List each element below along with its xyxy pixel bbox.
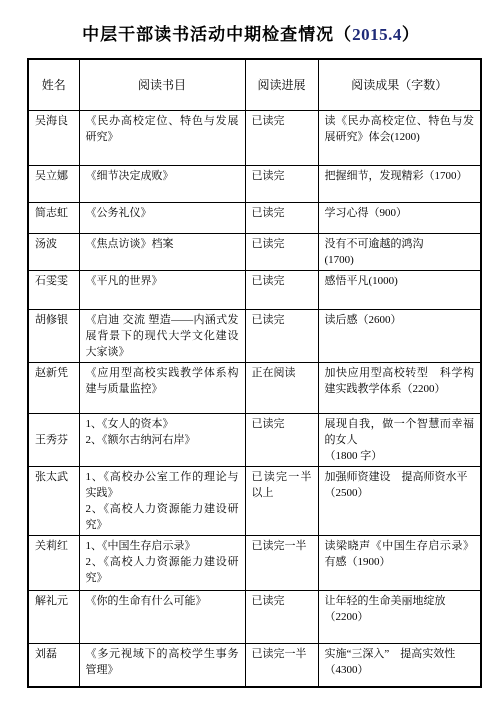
progress-cell: 已读完	[245, 202, 318, 233]
book-cell: 《平凡的世界》	[79, 270, 245, 309]
result-cell: 加快应用型高校转型 科学构建实践教学体系（2200）	[318, 362, 481, 413]
book-cell: 1、《中国生存启示录》 2、《高校人力资源能力建设研究》	[79, 535, 245, 590]
book-cell: 《细节决定成败》	[79, 165, 245, 202]
name-cell: 解礼元	[28, 590, 79, 643]
name-cell: 张太武	[28, 466, 79, 535]
result-cell: 展现自我，做一个智慧而幸福的女人 （1800 字）	[318, 413, 481, 466]
result-cell: 读后感（2600）	[318, 309, 481, 362]
result-cell: 实施“三深入” 提高实效性 （4300）	[318, 643, 481, 687]
result-cell: 加强师资建设 提高师资水平 （2500）	[318, 466, 481, 535]
book-cell: 《民办高校定位、特色与发展研究》	[79, 110, 245, 165]
book-cell: 《公务礼仪》	[79, 202, 245, 233]
progress-cell: 正在阅读	[245, 362, 318, 413]
progress-cell: 已读完	[245, 413, 318, 466]
table-row: 吴立娜 《细节决定成败》 已读完 把握细节，发现精彩（1700）	[28, 165, 481, 202]
name-cell: 刘磊	[28, 643, 79, 687]
table-row: 刘磊 《多元视域下的高校学生事务管理》 已读完一半 实施“三深入” 提高实效性 …	[28, 643, 481, 687]
name-cell: 赵新凭	[28, 362, 79, 413]
page-title: 中层干部读书活动中期检查情况（2015.4）	[0, 20, 502, 45]
name-cell: 胡修银	[28, 309, 79, 362]
book-cell: 《焦点访谈》档案	[79, 233, 245, 270]
book-cell: 《你的生命有什么可能》	[79, 590, 245, 643]
name-cell: 关莉红	[28, 535, 79, 590]
result-cell: 把握细节，发现精彩（1700）	[318, 165, 481, 202]
progress-cell: 已读完	[245, 590, 318, 643]
progress-cell: 已读完	[245, 110, 318, 165]
column-header-result: 阅读成果（字数）	[318, 59, 481, 110]
progress-cell: 已读完	[245, 309, 318, 362]
column-header-progress: 阅读进展	[245, 59, 318, 110]
table-row: 关莉红 1、《中国生存启示录》 2、《高校人力资源能力建设研究》 已读完一半 读…	[28, 535, 481, 590]
book-cell: 1、《女人的资本》 2、《额尔古纳河右岸》	[79, 413, 245, 466]
book-cell: 《应用型高校实践教学体系构建与质量监控》	[79, 362, 245, 413]
table-row: 吴海良 《民办高校定位、特色与发展研究》 已读完 读《民办高校定位、特色与发展研…	[28, 110, 481, 165]
progress-cell: 已读完一半	[245, 643, 318, 687]
table-row: 胡修银 《启迪 交流 塑造——内涵式发展背景下的现代大学文化建设大家谈》 已读完…	[28, 309, 481, 362]
result-cell: 读梁晓声《中国生存启示录》有感（1900）	[318, 535, 481, 590]
header-row: 姓名 阅读书目 阅读进展 阅读成果（字数）	[28, 59, 481, 110]
table-row: 解礼元 《你的生命有什么可能》 已读完 让年轻的生命美丽地绽放 （2200）	[28, 590, 481, 643]
progress-cell: 已读完	[245, 233, 318, 270]
table-row: 简志虹 《公务礼仪》 已读完 学习心得（900）	[28, 202, 481, 233]
progress-cell: 已读完一半	[245, 535, 318, 590]
name-cell: 吴海良	[28, 110, 79, 165]
page-title-year: 2015.4	[352, 25, 402, 44]
name-cell: 汤波	[28, 233, 79, 270]
table-row: 张太武 1、《高校办公室工作的理论与实践》 2、《高校人力资源能力建设研究》 已…	[28, 466, 481, 535]
document-page: 中层干部读书活动中期检查情况（2015.4） 姓名 阅读书目 阅读进展 阅读成果…	[0, 0, 502, 701]
result-cell: 让年轻的生命美丽地绽放 （2200）	[318, 590, 481, 643]
book-cell: 《多元视域下的高校学生事务管理》	[79, 643, 245, 687]
page-title-close: ）	[402, 25, 420, 44]
name-cell: 石雯雯	[28, 270, 79, 309]
progress-cell: 已读完	[245, 165, 318, 202]
name-cell: 吴立娜	[28, 165, 79, 202]
page-title-text: 中层干部读书活动中期检查情况（	[82, 25, 352, 44]
progress-cell: 已读完	[245, 270, 318, 309]
result-cell: 没有不可逾越的鸿沟 (1700)	[318, 233, 481, 270]
table-row: 王秀芬 1、《女人的资本》 2、《额尔古纳河右岸》 已读完 展现自我，做一个智慧…	[28, 413, 481, 466]
table-row: 汤波 《焦点访谈》档案 已读完 没有不可逾越的鸿沟 (1700)	[28, 233, 481, 270]
table-row: 赵新凭 《应用型高校实践教学体系构建与质量监控》 正在阅读 加快应用型高校转型 …	[28, 362, 481, 413]
result-cell: 学习心得（900）	[318, 202, 481, 233]
result-cell: 感悟平凡(1000)	[318, 270, 481, 309]
table-row: 石雯雯 《平凡的世界》 已读完 感悟平凡(1000)	[28, 270, 481, 309]
book-cell: 1、《高校办公室工作的理论与实践》 2、《高校人力资源能力建设研究》	[79, 466, 245, 535]
progress-cell: 已读完一半以上	[245, 466, 318, 535]
column-header-name: 姓名	[28, 59, 79, 110]
name-cell: 王秀芬	[28, 413, 79, 466]
book-cell: 《启迪 交流 塑造——内涵式发展背景下的现代大学文化建设大家谈》	[79, 309, 245, 362]
column-header-book: 阅读书目	[79, 59, 245, 110]
name-cell: 简志虹	[28, 202, 79, 233]
result-cell: 读《民办高校定位、特色与发展研究》体会(1200)	[318, 110, 481, 165]
reading-report-table: 姓名 阅读书目 阅读进展 阅读成果（字数） 吴海良 《民办高校定位、特色与发展研…	[27, 58, 482, 688]
